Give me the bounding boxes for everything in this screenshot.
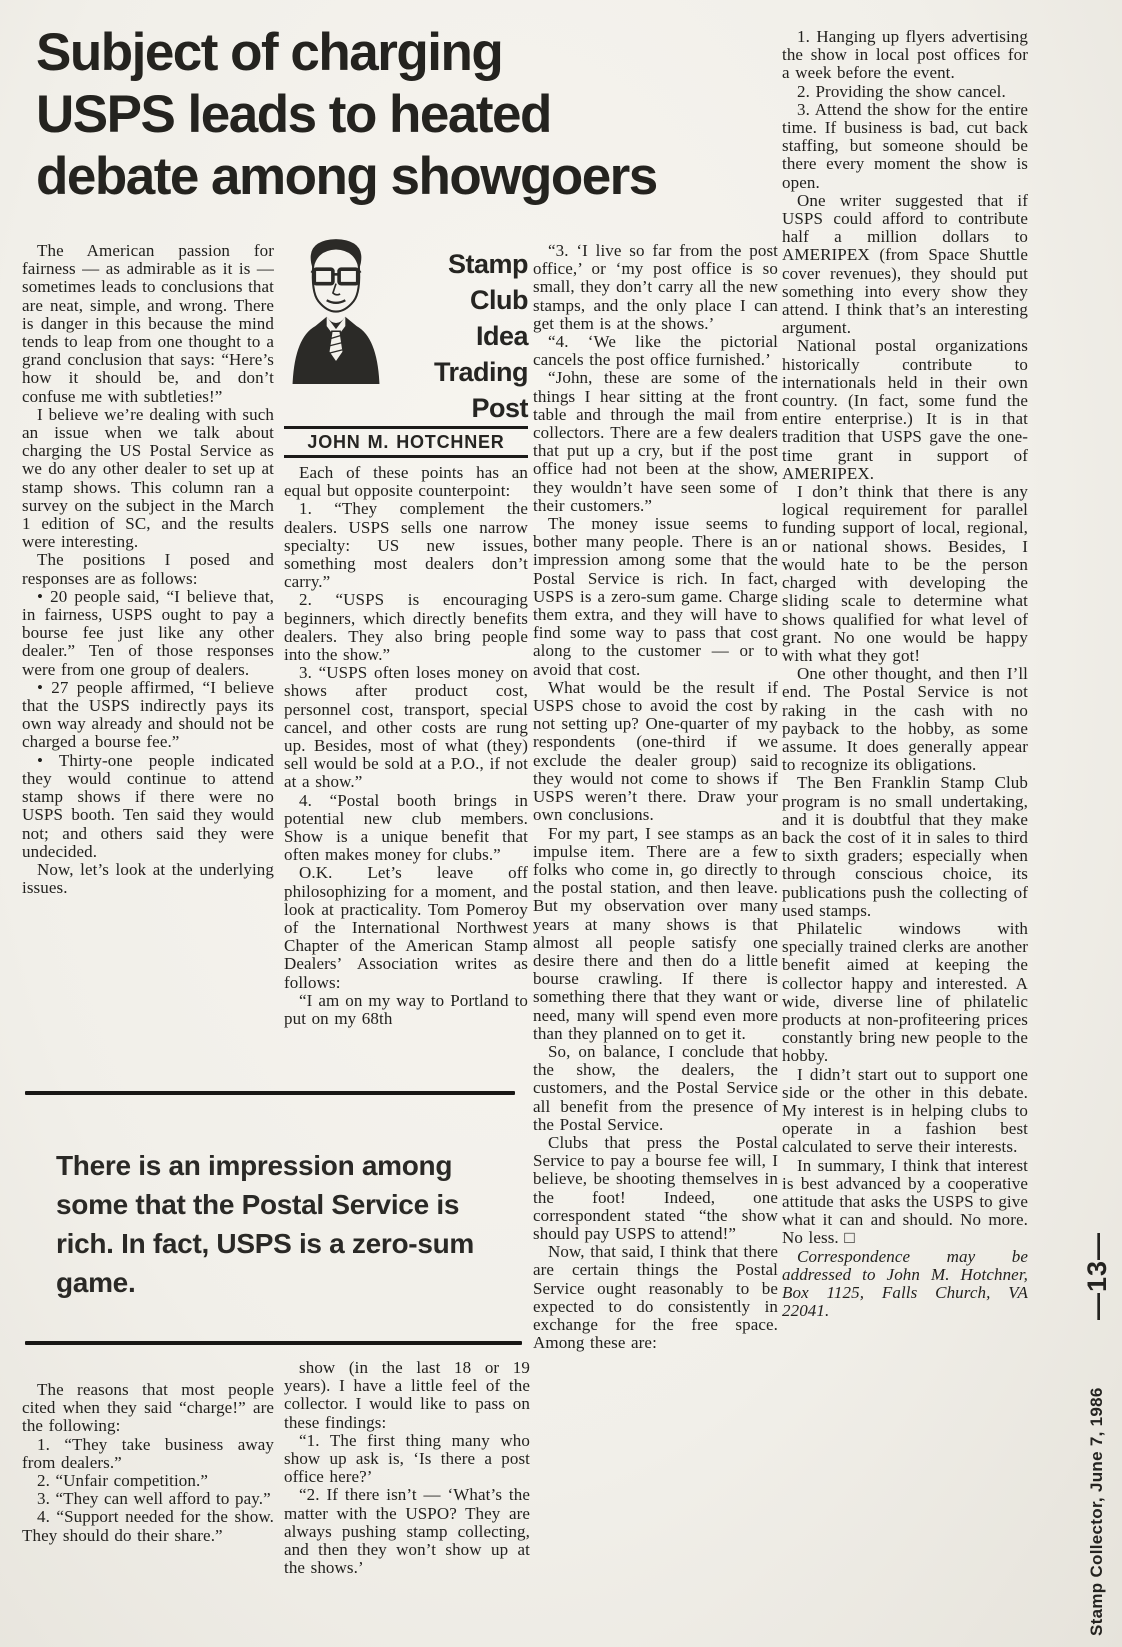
paragraph: 4. “Postal booth brings in potential new… [284,792,528,865]
paragraph: Clubs that press the Postal Service to p… [533,1134,778,1243]
paragraph: The reasons that most people cited when … [22,1381,274,1436]
paragraph: What would be the result if USPS chose t… [533,679,778,825]
paragraph: Each of these points has an equal but op… [284,464,528,500]
paragraph: 2. Providing the show cancel. [782,83,1028,101]
pull-quote-line: game. [56,1263,526,1302]
paragraph: Correspondence may be addressed to John … [782,1248,1028,1321]
paragraph: The money issue seems to bother many peo… [533,515,778,679]
paragraph: One other thought, and then I’ll end. Th… [782,665,1028,774]
paragraph: Now, that said, I think that there are c… [533,1243,778,1352]
logo-title-line: Stamp Club [388,246,528,318]
paragraph: The positions I posed and responses are … [22,551,274,587]
paragraph: For my part, I see stamps as an impulse … [533,825,778,1043]
column-masthead: Stamp ClubIdeaTradingPost [284,234,528,426]
column-1-top: The American passion for fairness — as a… [22,242,274,897]
column-3: “3. ‘I live so far from the post office,… [533,242,778,1352]
page-number: —13— [1082,1232,1113,1320]
paragraph: • 20 people said, “I believe that, in fa… [22,588,274,679]
paragraph: “3. ‘I live so far from the post office,… [533,242,778,333]
margin-rotated-text: Stamp Collector, June 7, 1986 —13— [1076,1232,1118,1636]
column-2-bottom: show (in the last 18 or 19 years). I hav… [284,1359,530,1577]
paragraph: O.K. Let’s leave off philosophizing for … [284,864,528,991]
paragraph: The American passion for fairness — as a… [22,242,274,406]
pull-quote-rule-bottom [25,1341,522,1345]
paragraph: show (in the last 18 or 19 years). I hav… [284,1359,530,1432]
logo-title-line: Trading [388,354,528,390]
paragraph: National postal organizations historical… [782,337,1028,483]
pull-quote-line: There is an impression among [56,1146,526,1185]
paragraph: • Thirty-one people indicated they would… [22,752,274,861]
paragraph: 3. “USPS often loses money on shows afte… [284,664,528,791]
paragraph: One writer suggested that if USPS could … [782,192,1028,338]
newspaper-page: Subject of chargingUSPS leads to heatedd… [0,0,1122,1647]
column-4: 1. Hanging up flyers advertising the sho… [782,28,1028,1320]
paragraph: I didn’t start out to support one side o… [782,1066,1028,1157]
paragraph: 1. “They take business away from dealers… [22,1436,274,1472]
paragraph: The Ben Franklin Stamp Club program is n… [782,774,1028,920]
paragraph: I don’t think that there is any logical … [782,483,1028,665]
pull-quote-rule-top [25,1091,515,1095]
paragraph: I believe we’re dealing with such an iss… [22,406,274,552]
paragraph: 2. “Unfair competition.” [22,1472,274,1490]
paragraph: 1. “They complement the dealers. USPS se… [284,500,528,591]
paragraph: Philatelic windows with specially traine… [782,920,1028,1066]
paragraph: In summary, I think that interest is bes… [782,1157,1028,1248]
logo-title-line: Idea [388,318,528,354]
logo-title-line: Post [388,390,528,426]
pull-quote-line: some that the Postal Service is [56,1185,526,1224]
paragraph: • 27 people affirmed, “I believe that th… [22,679,274,752]
paragraph: “1. The first thing many who show up ask… [284,1432,530,1487]
author-portrait-icon [284,234,388,384]
publication-date: Stamp Collector, June 7, 1986 [1087,1387,1107,1636]
headline-line: Subject of charging [36,22,796,84]
column-2: Stamp ClubIdeaTradingPost JOHN M. HOTCHN… [284,234,528,1028]
paragraph: “I am on my way to Portland to put on my… [284,992,528,1028]
paragraph: 3. Attend the show for the entire time. … [782,101,1028,192]
paragraph: “4. ‘We like the pictorial cancels the p… [533,333,778,369]
paragraph: Now, let’s look at the underlying issues… [22,861,274,897]
author-byline: JOHN M. HOTCHNER [284,429,528,455]
paragraph: 3. “They can well afford to pay.” [22,1490,274,1508]
pull-quote-line: rich. In fact, USPS is a zero-sum [56,1224,526,1263]
paragraph: 2. “USPS is encouraging beginners, which… [284,591,528,664]
pull-quote: There is an impression amongsome that th… [56,1146,526,1302]
headline-line: USPS leads to heated [36,84,796,146]
paragraph: So, on balance, I conclude that the show… [533,1043,778,1134]
column-2-text: Each of these points has an equal but op… [284,464,528,1028]
headline-line: debate among showgoers [36,146,796,208]
page-margin: Stamp Collector, June 7, 1986 —13— [1076,1232,1118,1636]
column-1-bottom: The reasons that most people cited when … [22,1381,274,1545]
paragraph: 1. Hanging up flyers advertising the sho… [782,28,1028,83]
paragraph: “John, these are some of the things I he… [533,369,778,515]
paragraph: “2. If there isn’t — ‘What’s the matter … [284,1486,530,1577]
column-logo-title: Stamp ClubIdeaTradingPost [388,234,528,426]
article-headline: Subject of chargingUSPS leads to heatedd… [36,22,796,208]
paragraph: 4. “Support needed for the show. They sh… [22,1508,274,1544]
byline-rule-bottom [284,455,528,458]
